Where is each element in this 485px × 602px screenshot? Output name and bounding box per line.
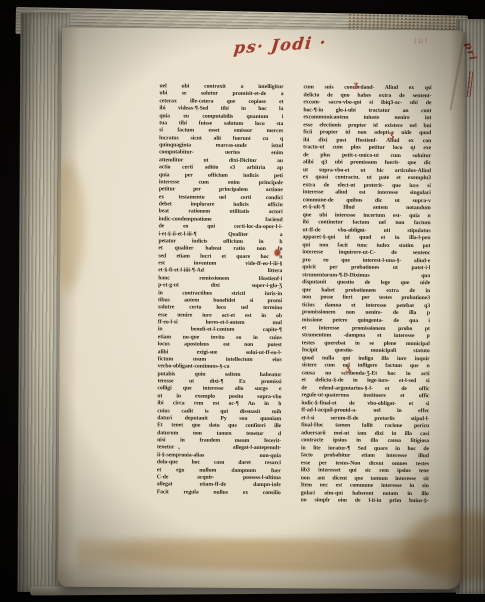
water-stain-bottom	[76, 536, 462, 573]
manuscript-heading: ps· Jodi ·	[233, 31, 365, 57]
text-line: no simplr oim de l-ii-in prim buius-§-	[301, 498, 429, 506]
red-paraph-mark: Ʒ	[389, 132, 394, 140]
offset-red-inscription: iuı	[413, 35, 428, 46]
red-paraph-mark: Ʒ	[354, 82, 359, 90]
book-page: ps· Jodi · iuı uel ubi contraxit a intel…	[58, 28, 464, 590]
red-paraph-mark: Ʒ	[346, 365, 351, 373]
book-photo: pri ps· Jodi · iuı uel ubi contraxit a i…	[0, 0, 485, 602]
stain-left-edge	[56, 156, 87, 296]
text-line: Facit regula nullus ex consilio	[157, 489, 281, 497]
text-column-right: cum suis concordand- Aliud ex qsidelicto…	[301, 84, 432, 506]
fore-edge-red-marks	[465, 71, 476, 98]
text-column-left: uel ubi contraxit a intelligiturubi se s…	[157, 83, 284, 497]
page-crease	[449, 32, 466, 110]
